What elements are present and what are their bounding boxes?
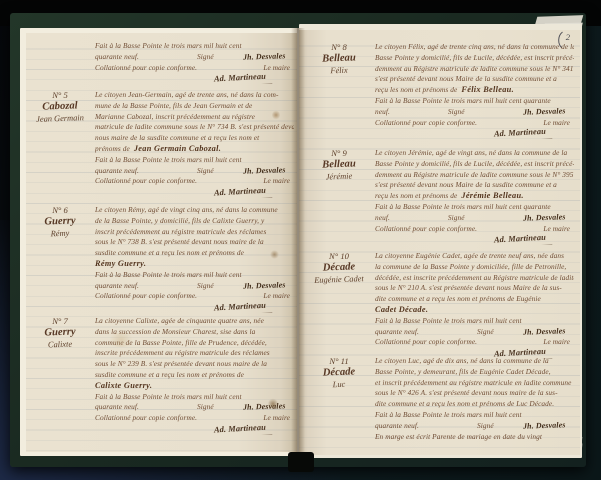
le-maire-label: Le maire <box>263 176 290 187</box>
le-maire-label: Le maire <box>263 291 290 302</box>
signature-officer: Jh. Desvales <box>243 52 286 63</box>
signature-officer: Jh. Desvales <box>523 327 566 338</box>
body-line: dite commune et a reçu les nom et prénom… <box>375 294 574 305</box>
signe-label: Signé <box>197 402 214 413</box>
body-line: commune de la Basse Pointe, fille de Pru… <box>95 338 294 349</box>
closing-line: Collationné pour copie conforme. Le mair… <box>95 413 294 424</box>
body-line: la commune de la Basse Pointe y domicili… <box>375 262 574 273</box>
closing-line: Fait à la Basse Pointe le trois mars mil… <box>95 392 294 403</box>
assigned-name: Calixte Guerry. <box>95 381 152 390</box>
body-line: nous maire de la susdite commune et a re… <box>95 133 294 144</box>
name-line: Calixte Guerry. <box>95 381 294 392</box>
assigned-name: Rémy Guerry. <box>95 259 146 268</box>
signature-mayor: Ad. Martineau <box>212 424 273 435</box>
body-line: matricule de ladite commune sous le N° 7… <box>95 122 294 133</box>
signature-officer: Jh. Desvales <box>523 107 566 118</box>
entry-given-name: Félix <box>305 63 373 76</box>
closing-line: neuf. Signé Jh. Desvales <box>375 213 574 224</box>
closing-line: Ad. Martineau <box>95 302 294 313</box>
entry-given-name: Jean Germain <box>28 111 92 124</box>
closing-line: Fait à la Basse Pointe le trois mars mil… <box>375 202 574 213</box>
body-line: s'est présenté devant nous Maire de la s… <box>375 180 574 191</box>
body-line: Basse Pointe y domicilié, fils de Lucile… <box>375 53 574 64</box>
closing-line: quarante neuf. Signé Jh. Desvales <box>375 327 574 338</box>
entry-margin: N° 6 Guerry Rémy <box>28 205 92 239</box>
closing-line: Collationné pour copie conforme. Le mair… <box>95 63 294 74</box>
body-line: demment au Régistre matricule de ladite … <box>375 64 574 75</box>
body-line: Marianne Cabozal, inscrit précédemment a… <box>95 112 294 123</box>
entry-body: Le citoyen Félix, agé de trente cinq ans… <box>375 42 574 139</box>
entry-margin: N° 9 Belleau Jérémie <box>305 148 373 182</box>
entry-body: Le citoyen Jérémie, agé de vingt ans, né… <box>375 148 574 245</box>
closing-line: Fait à la Basse Pointe le trois mars mil… <box>375 410 574 421</box>
body-line: inscrit précédemment au régistre matricu… <box>95 227 294 238</box>
marginal-note: En marge est écrit Parente de mariage en… <box>375 432 574 443</box>
body-line: Le citoyen Rémy, agé de vingt cinq ans, … <box>95 205 294 216</box>
name-line: reçu les nom et prénoms deJérémie Bellea… <box>375 191 574 202</box>
body-line: susdite commune et a reçu les nom et pré… <box>95 370 294 381</box>
body-line: susdite commune et a reçu les nom et pré… <box>95 248 294 259</box>
body-line: inscrite précédemment au régistre matric… <box>95 348 294 359</box>
closing-line: Collationné pour copie conforme. Le mair… <box>95 291 294 302</box>
body-line: et inscrit précédemment au régistre matr… <box>375 378 574 389</box>
entry-margin: N° 5 Cabozal Jean Germain <box>28 90 92 124</box>
le-maire-label: Le maire <box>263 63 290 74</box>
body-line: sous le N° 210 A. s'est présentée devant… <box>375 283 574 294</box>
closing-line: Fait à la Basse Pointe le trois mars mil… <box>375 316 574 327</box>
entry-given-name: Luc <box>305 377 373 390</box>
signature-mayor: Ad. Martineau <box>212 73 273 84</box>
body-line: Le citoyen Jérémie, agé de vingt ans, né… <box>375 148 574 159</box>
body-line: de la Basse Pointe, y domicilié, fils de… <box>95 216 294 227</box>
entry-given-name: Rémy <box>28 226 92 239</box>
assigned-name: Félix Belleau. <box>461 85 514 94</box>
le-maire-label: Le maire <box>263 413 290 424</box>
name-line: prénoms deJean Germain Cabozal. <box>95 144 294 155</box>
closing-line: Collationné pour copie conforme. Le mair… <box>95 176 294 187</box>
closing-line: quarante neuf. Signé Jh. Desvales <box>95 166 294 177</box>
body-line: Le citoyen Luc, agé de dix ans, né dans … <box>375 356 574 367</box>
body-line: Basse Pointe y domicilié, fils de Lucile… <box>375 159 574 170</box>
signature-mayor: Ad. Martineau <box>212 187 273 198</box>
signe-label: Signé <box>448 107 465 118</box>
entry-body: Le citoyen Luc, agé de dix ans, né dans … <box>375 356 574 442</box>
closing-line: Fait à la Basse Pointe le trois mars mil… <box>95 155 294 166</box>
closing-line: Fait à la Basse Pointe le trois mars mil… <box>95 270 294 281</box>
signe-label: Signé <box>448 213 465 224</box>
assigned-name: Jean Germain Cabozal. <box>134 144 221 153</box>
entry-margin: N° 7 Guerry Calixte <box>28 316 92 350</box>
signature-officer: Jh. Desvales <box>243 402 286 413</box>
signature-mayor: Ad. Martineau <box>492 128 553 139</box>
body-line: sous le N° 426 A. s'est présenté devant … <box>375 388 574 399</box>
body-line: s'est présenté devant nous Maire de la s… <box>375 74 574 85</box>
body-line: mune de la Basse Pointe, fils de Jean Ge… <box>95 101 294 112</box>
closing-line: Fait à la Basse Pointe le trois mars mil… <box>95 41 294 52</box>
le-maire-label: Le maire <box>543 337 570 348</box>
entry-given-name: Eugénie Cadet <box>305 272 373 285</box>
signe-label: Signé <box>197 52 214 63</box>
closing-line: quarante neuf. Signé Jh. Desvales <box>95 281 294 292</box>
scanned-register-image: Fait à la Basse Pointe le trois mars mil… <box>0 0 601 480</box>
signature-mayor: Ad. Martineau <box>492 234 553 245</box>
entry-body: La citoyenne Eugénie Cadet, agée de tren… <box>375 251 574 359</box>
closing-line: Collationné pour copie conforme. Le mair… <box>375 337 574 348</box>
closing-line: Collationné pour copie conforme. Le mair… <box>375 224 574 235</box>
entry-margin: N° 8 Belleau Félix <box>305 42 373 76</box>
signature-officer: Jh. Desvales <box>523 421 566 432</box>
closing-line: quarante neuf. Signé Jh. Desvales <box>95 402 294 413</box>
body-line: Le citoyen Jean-Germain, agé de trente a… <box>95 90 294 101</box>
name-line: Rémy Guerry. <box>95 259 294 270</box>
signature-officer: Jh. Desvales <box>243 281 286 292</box>
gutter-notch <box>288 452 314 472</box>
signe-label: Signé <box>477 327 494 338</box>
body-line: décédée, est inscrite précédemment au Ré… <box>375 273 574 284</box>
closing-line: Ad. Martineau <box>375 128 574 139</box>
entry-given-name: Calixte <box>28 337 92 350</box>
body-line: La citoyenne Eugénie Cadet, agée de tren… <box>375 251 574 262</box>
body-line: sous le N° 239 B. s'est présentée devant… <box>95 359 294 370</box>
collation-note: Collationné pour copie conforme. <box>95 63 197 74</box>
entry-body: Le citoyen Jean-Germain, agé de trente a… <box>95 90 294 198</box>
signe-label: Signé <box>197 281 214 292</box>
name-line: reçu les nom et prénoms deFélix Belleau. <box>375 85 574 96</box>
signature-officer: Jh. Desvales <box>243 166 286 177</box>
closing-line: Ad. Martineau <box>95 187 294 198</box>
signature-officer: Jh. Desvales <box>523 213 566 224</box>
closing-line: Ad. Martineau <box>375 234 574 245</box>
closing-line: Ad. Martineau <box>95 424 294 435</box>
signe-label: Signé <box>477 421 494 432</box>
le-maire-label: Le maire <box>543 224 570 235</box>
right-page: 2 N° 8 Belleau Félix Le citoyen Félix, a… <box>299 30 580 455</box>
signe-label: Signé <box>197 166 214 177</box>
signature-mayor: Ad. Martineau <box>212 302 273 313</box>
body-line: demment au Régistre matricule de ladite … <box>375 170 574 181</box>
closing-line: Ad. Martineau <box>95 73 294 84</box>
body-line: sous le N° 738 B. s'est présenté devant … <box>95 237 294 248</box>
name-line: Cadet Décade. <box>375 305 574 316</box>
closing-line: Fait à la Basse Pointe le trois mars mil… <box>375 96 574 107</box>
closing-line: quarante neuf. Signé Jh. Desvales <box>95 52 294 63</box>
entry-given-name: Jérémie <box>305 169 373 182</box>
closing-line: Collationné pour copie conforme. Le mair… <box>375 118 574 129</box>
entry-body: La citoyenne Calixte, agée de cinquante … <box>95 316 294 435</box>
le-maire-label: Le maire <box>543 118 570 129</box>
assigned-name: Jérémie Belleau. <box>461 191 523 200</box>
entry-body: Le citoyen Rémy, agé de vingt cinq ans, … <box>95 205 294 313</box>
body-line: La citoyenne Calixte, agée de cinquante … <box>95 316 294 327</box>
body-line: dite commune et a reçu les nom et prénom… <box>375 399 574 410</box>
body-line: dans la succession de Monsieur Charest, … <box>95 327 294 338</box>
entry-margin: N° 11 Décade Luc <box>305 356 373 390</box>
body-line: Basse Pointe, y demeurant, fils de Eugén… <box>375 367 574 378</box>
body-line: Le citoyen Félix, agé de trente cinq ans… <box>375 42 574 53</box>
closing-date: quarante neuf. <box>95 52 139 63</box>
assigned-name: Cadet Décade. <box>375 305 428 314</box>
closing-line: neuf. Signé Jh. Desvales <box>375 107 574 118</box>
closing-line: quarante neuf. Signé Jh. Desvales <box>375 421 574 432</box>
entry-margin: N° 10 Décade Eugénie Cadet <box>305 251 373 285</box>
left-page: Fait à la Basse Pointe le trois mars mil… <box>26 33 297 452</box>
